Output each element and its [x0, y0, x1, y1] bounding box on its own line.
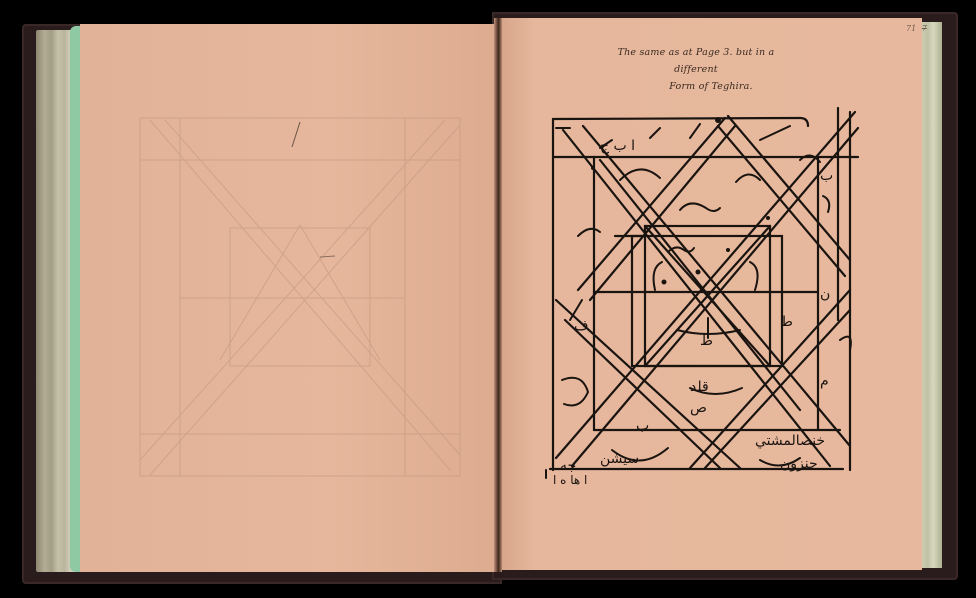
- folio-number-value: 71: [906, 24, 916, 33]
- caption-line-2: Form of Teghira.: [596, 78, 796, 95]
- folio-number: 71 7: [906, 24, 927, 33]
- folio-struck: 7: [922, 24, 927, 33]
- inscription: قلد: [690, 379, 709, 395]
- svg-text:ن: ن: [820, 286, 830, 302]
- svg-text:م: م: [820, 373, 829, 389]
- talisman-diagram: ا ب ج قلد ص ط جه سيشن حنزون خنصالمشتي م …: [0, 0, 976, 598]
- svg-text:جه: جه: [560, 458, 576, 474]
- svg-text:سيشن: سيشن: [600, 451, 639, 467]
- svg-text:ص: ص: [690, 400, 707, 416]
- svg-text:ب: ب: [820, 168, 833, 184]
- svg-text:خنصالمشتي: خنصالمشتي: [755, 433, 825, 449]
- page-caption: The same as at Page 3. but in a differen…: [596, 44, 796, 95]
- svg-text:ف: ف: [574, 318, 589, 334]
- caption-line-1: The same as at Page 3. but in a differen…: [596, 44, 796, 78]
- inscription: ا ب ج: [600, 138, 635, 154]
- svg-text:ب: ب: [636, 418, 649, 434]
- svg-text:ط: ط: [700, 333, 713, 349]
- svg-text:حنزون: حنزون: [780, 456, 818, 472]
- footer-mark: ا ها ه ا: [553, 473, 587, 487]
- svg-text:ط: ط: [780, 314, 793, 330]
